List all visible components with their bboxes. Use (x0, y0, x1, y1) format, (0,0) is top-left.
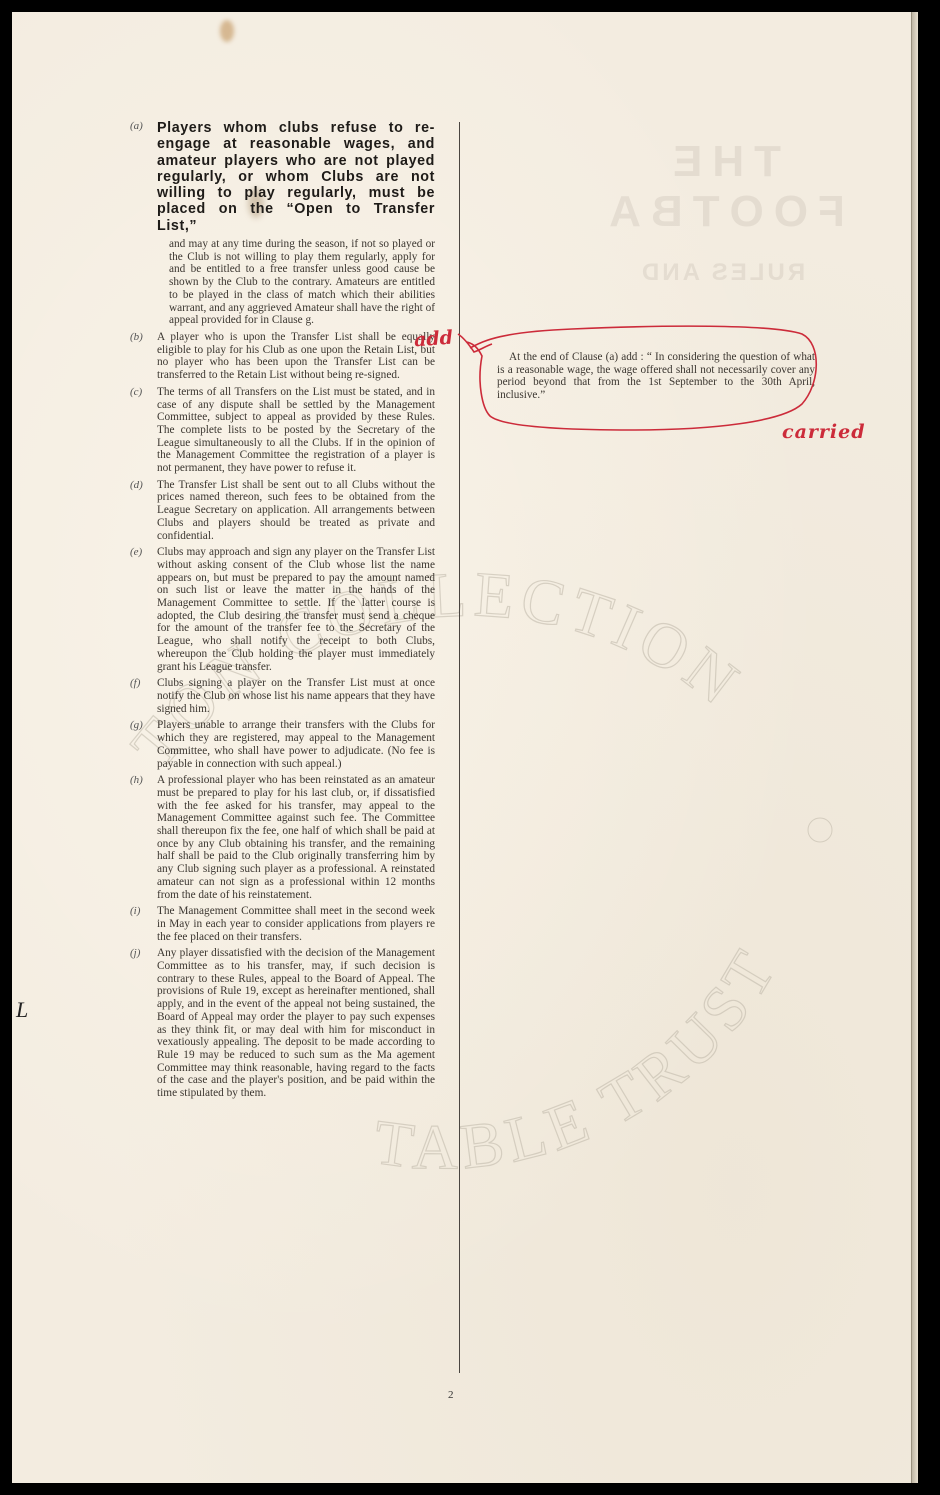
clause-a: (a) Players whom clubs refuse to re-enga… (130, 120, 435, 234)
clause-item: (j)Any player dissatisfied with the deci… (130, 947, 435, 1099)
clause-letter: (j) (130, 947, 157, 1099)
clause-a-body: and may at any time during the season, i… (169, 238, 435, 327)
clause-item: (b)A player who is upon the Transfer Lis… (130, 331, 435, 382)
clause-item: (d)The Transfer List shall be sent out t… (130, 479, 435, 543)
clause-letter: (g) (130, 719, 157, 770)
clause-item: (i)The Management Committee shall meet i… (130, 905, 435, 943)
document-page: THE FOOTBA RULES AND TON COLLECTION TABL… (12, 12, 918, 1483)
clause-letter: (a) (130, 120, 157, 234)
column-divider (459, 122, 460, 1373)
clause-text: The Management Committee shall meet in t… (157, 905, 435, 943)
clause-item: (e)Clubs may approach and sign any playe… (130, 546, 435, 673)
clause-letter: (c) (130, 386, 157, 475)
margin-mark: L (16, 997, 28, 1023)
page-number: 2 (448, 1389, 454, 1401)
paper-stain (220, 20, 234, 42)
clause-text: The Transfer List shall be sent out to a… (157, 479, 435, 543)
clause-text: Clubs may approach and sign any player o… (157, 546, 435, 673)
clause-text: A professional player who has been reins… (157, 774, 435, 901)
clause-text: The terms of all Transfers on the List m… (157, 386, 435, 475)
clause-item: (g)Players unable to arrange their trans… (130, 719, 435, 770)
clause-letter: (i) (130, 905, 157, 943)
amendment-text: At the end of Clause (a) add : “ In cons… (497, 351, 815, 401)
clause-text: Any player dissatisfied with the decisio… (157, 947, 435, 1099)
clause-letter: (d) (130, 479, 157, 543)
handwritten-add: add (413, 327, 453, 352)
add-arrow (458, 334, 492, 352)
handwritten-carried: carried (782, 421, 866, 443)
clause-text: Players unable to arrange their transfer… (157, 719, 435, 770)
left-column: (a) Players whom clubs refuse to re-enga… (130, 120, 435, 1104)
clause-letter: (h) (130, 774, 157, 901)
clause-item: (c)The terms of all Transfers on the Lis… (130, 386, 435, 475)
clause-letter: (f) (130, 677, 157, 715)
clause-text: Clubs signing a player on the Transfer L… (157, 677, 435, 715)
clause-item: (h)A professional player who has been re… (130, 774, 435, 901)
show-through-text: THE FOOTBA RULES AND (542, 127, 902, 287)
clause-letter: (e) (130, 546, 157, 673)
clause-text: A player who is upon the Transfer List s… (157, 331, 435, 382)
clause-a-heading: Players whom clubs refuse to re-engage a… (157, 120, 435, 234)
clause-list: (b)A player who is upon the Transfer Lis… (130, 331, 435, 1100)
clause-letter: (b) (130, 331, 157, 382)
page-fold-edge (911, 12, 918, 1483)
clause-item: (f)Clubs signing a player on the Transfe… (130, 677, 435, 715)
